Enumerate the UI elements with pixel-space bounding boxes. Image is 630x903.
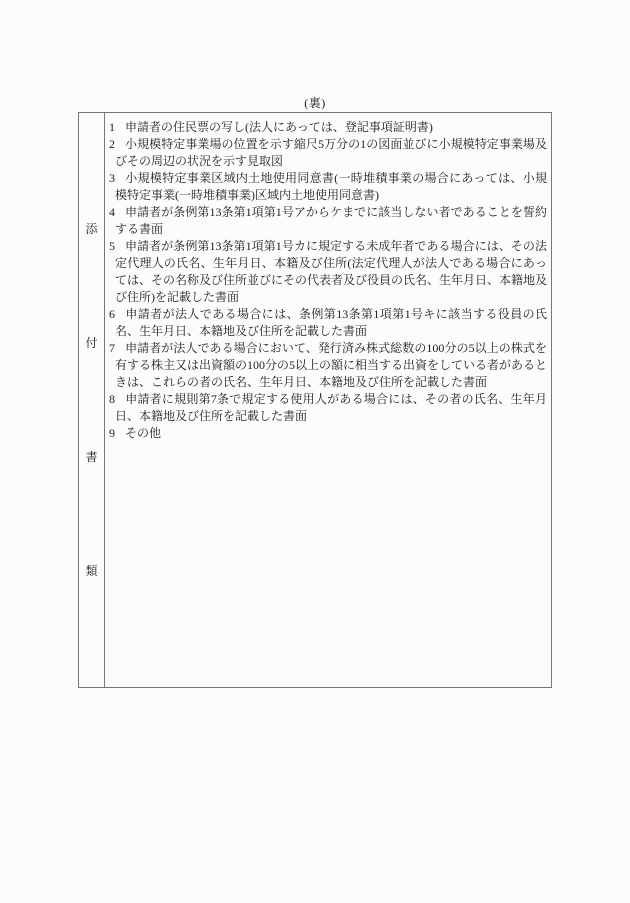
item-number: 8 xyxy=(109,392,115,406)
attachment-item-5: 5申請者が条例第13条第1項第1号カに規定する未成年者である場合には、その法定代… xyxy=(109,238,547,306)
item-text: 申請者の住民票の写し(法人にあっては、登記事項証明書) xyxy=(125,120,433,134)
attachment-item-6: 6申請者が法人である場合には、条例第13条第1項第1号キに該当する役員の氏名、生… xyxy=(109,306,547,340)
item-text: その他 xyxy=(125,426,161,440)
row-header-char-2: 付 xyxy=(85,337,97,349)
row-header-char-3: 書 xyxy=(85,451,97,463)
item-text: 小規模特定事業区域内土地使用同意書(一時堆積事業の場合にあっては、小規模特定事業… xyxy=(115,171,547,202)
item-number: 9 xyxy=(109,426,115,440)
item-text: 申請者が条例第13条第1項第1号アからケまでに該当しない者であることを誓約する書… xyxy=(115,205,547,236)
item-text: 小規模特定事業場の位置を示す縮尺5万分の1の図面並びに小規模特定事業場及びその周… xyxy=(115,137,547,168)
item-text: 申請者が条例第13条第1項第1号カに規定する未成年者である場合には、その法定代理… xyxy=(115,239,547,304)
page-side-label: (裏) xyxy=(78,96,552,110)
row-header-char-1: 添 xyxy=(85,223,97,235)
item-number: 2 xyxy=(109,137,115,151)
item-number: 6 xyxy=(109,307,115,321)
item-number: 4 xyxy=(109,205,115,219)
attachment-item-9: 9その他 xyxy=(109,425,547,442)
attachment-item-4: 4申請者が条例第13条第1項第1号アからケまでに該当しない者であることを誓約する… xyxy=(109,204,547,238)
item-text: 申請者に規則第7条で規定する使用人がある場合には、その者の氏名、生年月日、本籍地… xyxy=(115,392,547,423)
item-number: 7 xyxy=(109,341,115,355)
attachment-item-1: 1申請者の住民票の写し(法人にあっては、登記事項証明書) xyxy=(109,119,547,136)
item-number: 3 xyxy=(109,171,115,185)
attachment-item-2: 2小規模特定事業場の位置を示す縮尺5万分の1の図面並びに小規模特定事業場及びその… xyxy=(109,136,547,170)
attachment-item-7: 7申請者が法人である場合において、発行済み株式総数の100分の5以上の株式を有す… xyxy=(109,340,547,391)
attachment-item-8: 8申請者に規則第7条で規定する使用人がある場合には、その者の氏名、生年月日、本籍… xyxy=(109,391,547,425)
item-number: 5 xyxy=(109,239,115,253)
item-text: 申請者が法人である場合において、発行済み株式総数の100分の5以上の株式を有する… xyxy=(115,341,547,389)
row-header-attachments: 添 付 書 類 xyxy=(79,113,105,687)
item-number: 1 xyxy=(109,120,115,134)
item-text: 申請者が法人である場合には、条例第13条第1項第1号キに該当する役員の氏名、生年… xyxy=(115,307,547,338)
attachments-list: 1申請者の住民票の写し(法人にあっては、登記事項証明書) 2小規模特定事業場の位… xyxy=(105,113,551,687)
attachment-item-3: 3小規模特定事業区域内土地使用同意書(一時堆積事業の場合にあっては、小規模特定事… xyxy=(109,170,547,204)
attachments-table: 添 付 書 類 1申請者の住民票の写し(法人にあっては、登記事項証明書) 2小規… xyxy=(78,112,552,688)
document-page-back: (裏) 添 付 書 類 1申請者の住民票の写し(法人にあっては、登記事項証明書)… xyxy=(0,0,630,903)
row-header-char-4: 類 xyxy=(85,565,97,577)
